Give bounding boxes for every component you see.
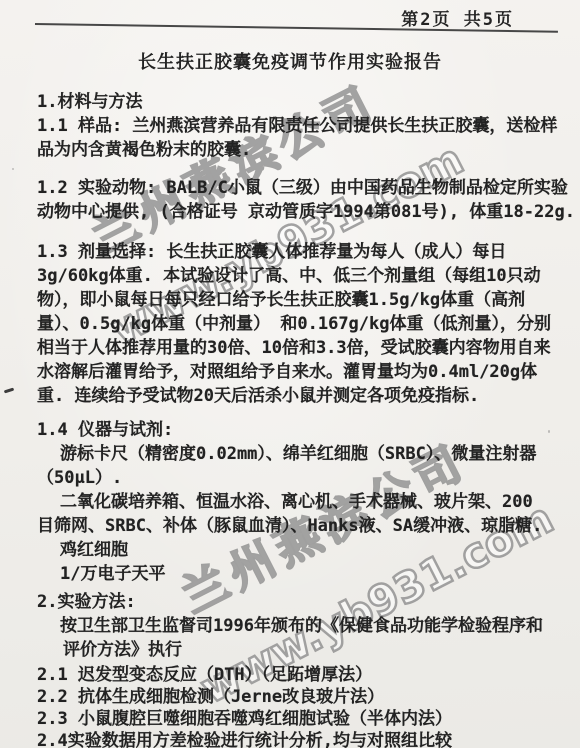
document-line: 游标卡尺（精密度0.02mm）、绵羊红细胞（SRBC）、微量注射器	[60, 442, 557, 466]
document-line: 重. 连续给予受试物20天后活杀小鼠并测定各项免疫指标.	[37, 384, 557, 408]
document-line: 3g/60kg体重. 本试验设计了高、中、低三个剂量组（每组10只动	[37, 264, 557, 288]
page-number-header: 第2页 共5页	[401, 5, 514, 30]
document-line: 1.4 仪器与试剂:	[37, 418, 557, 442]
document-title: 长生扶正胶囊免疫调节作用实验报告	[0, 48, 580, 74]
document-line: 物），即小鼠每日每只经口给予长生扶正胶囊1.5g/kg体重（高剂	[37, 288, 557, 312]
document-line: 1/万电子天平	[60, 562, 557, 586]
document-line: 目筛网、SRBC、补体（豚鼠血清）、Hanks液、SA缓冲液、琼脂糖.	[37, 514, 557, 538]
document-line: 1.材料与方法	[37, 90, 557, 114]
document-line: 二氧化碳培养箱、恒温水浴、离心机、手术器械、玻片架、200	[60, 490, 557, 514]
document-line: 1.2 实验动物: BALB/C小鼠（三级）由中国药品生物制品检定所实验	[37, 176, 557, 200]
document-line: （50μL）.	[37, 466, 557, 490]
document-line: 评价方法》执行	[63, 638, 557, 662]
document-line: 1.3 剂量选择: 长生扶正胶囊人体推荐量为每人（成人）每日	[37, 240, 557, 264]
document-line: 相当于人体推荐用量的30倍、10倍和3.3倍，受试胶囊内容物用自来	[37, 336, 557, 360]
document-line: 1.1 样品: 兰州燕滨营养品有限责任公司提供长生扶正胶囊，送检样	[37, 114, 557, 138]
document-line: 量）、0.5g/kg体重（中剂量） 和0.167g/kg体重（低剂量），分别	[37, 312, 557, 336]
document-line: 2.3 小鼠腹腔巨噬细胞吞噬鸡红细胞试验（半体内法）	[37, 708, 557, 730]
document-line: 品为内含黄褐色粉末的胶囊.	[37, 138, 557, 162]
document-line: 水溶解后灌胃给予，对照组给予自来水。灌胃量均为0.4ml/20g体	[37, 360, 557, 384]
document-line: 2.实验方法:	[37, 590, 557, 614]
document-line: 2.1 迟发型变态反应（DTH）（足跖增厚法）	[37, 664, 557, 686]
document-line: 2.4实验数据用方差检验进行统计分析,均与对照组比较	[37, 730, 557, 748]
document-body: 1.材料与方法1.1 样品: 兰州燕滨营养品有限责任公司提供长生扶正胶囊，送检样…	[37, 90, 557, 748]
document-line: 鸡红细胞	[60, 538, 557, 562]
document-line: 2.2 抗体生成细胞检测（Jerne改良玻片法）	[37, 686, 557, 708]
document-line: 按卫生部卫生监督司1996年颁布的《保健食品功能学检验程序和	[60, 614, 557, 638]
scan-speck	[12, 168, 14, 170]
document-line: 动物中心提供, (合格证号 京动管质字1994第081号), 体重18-22g.	[37, 200, 557, 224]
